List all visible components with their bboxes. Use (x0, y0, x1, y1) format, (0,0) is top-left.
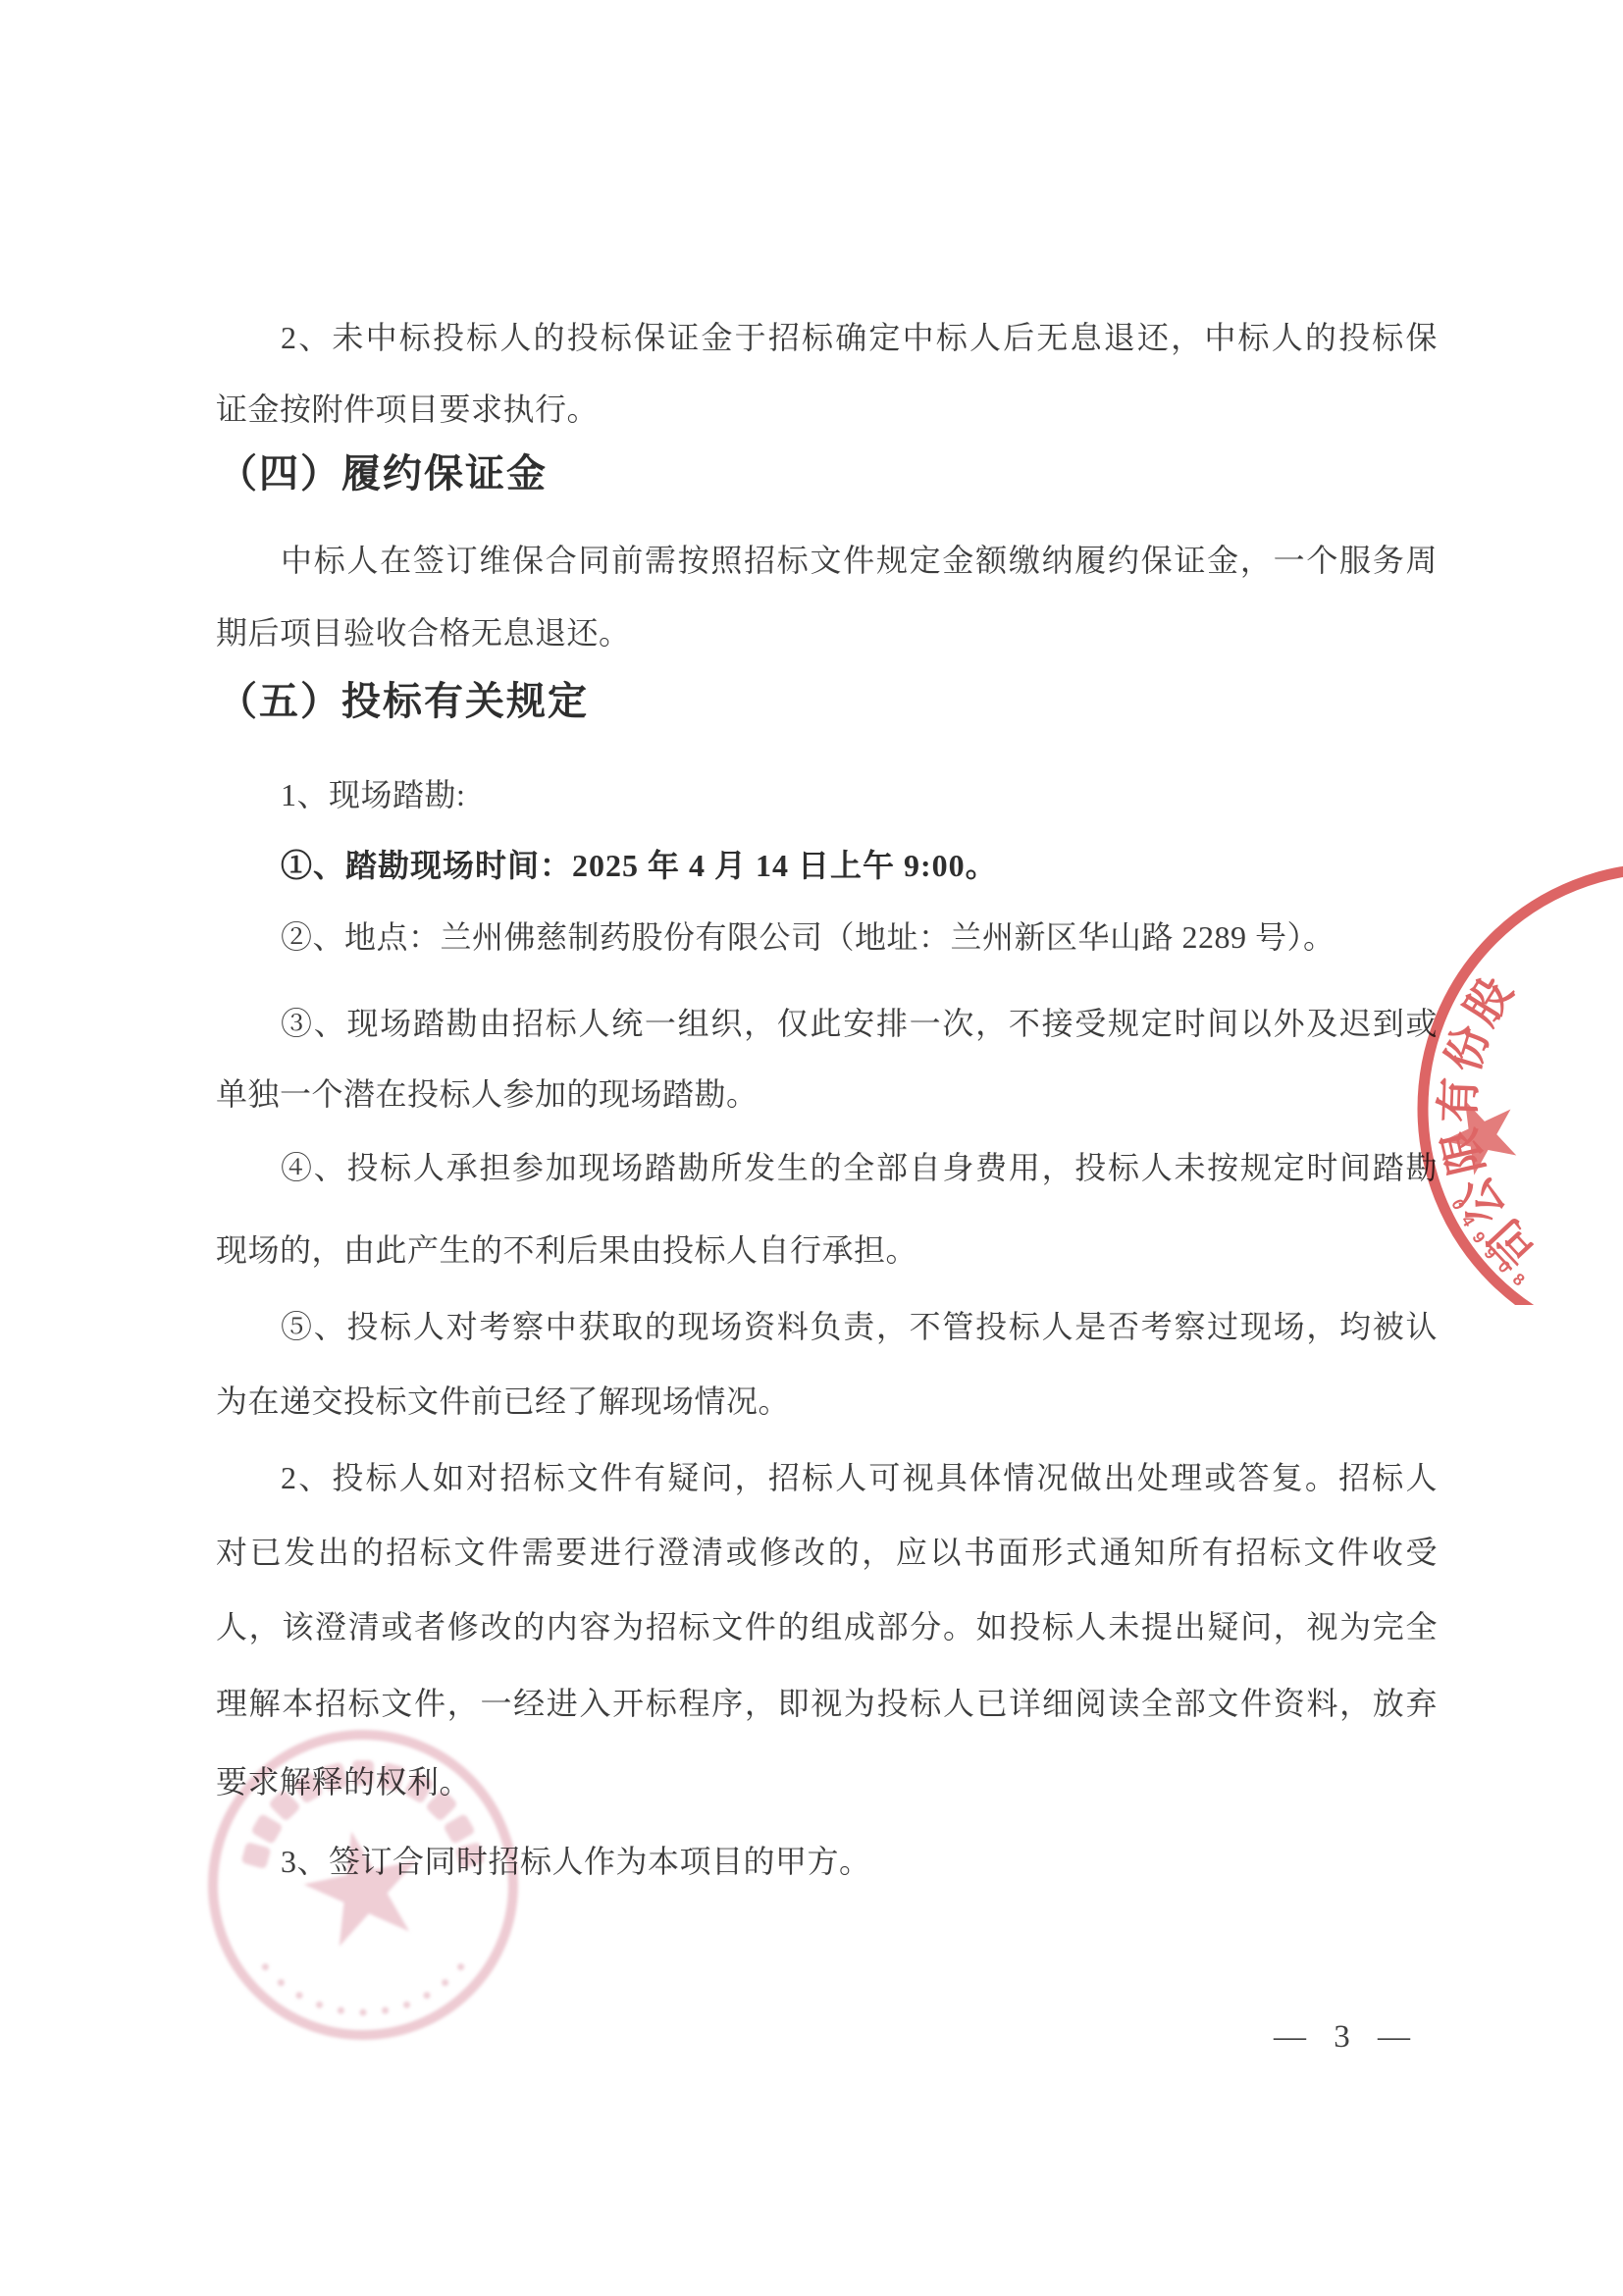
seal-ring (1423, 868, 1623, 1305)
svg-text:份: 份 (1437, 1019, 1498, 1077)
svg-text:公: 公 (1448, 1169, 1515, 1232)
svg-text:9: 9 (1480, 1244, 1500, 1264)
page-number: — 3 — (1274, 2019, 1412, 2056)
document-page: 2、未中标投标人的投标保证金于招标确定中标人后无息退还，中标人的投标保 证金按附… (0, 0, 1623, 2296)
para-performance-bond-line2: 期后项目验收合格无息退还。 (216, 615, 1438, 652)
seal-star-icon (1431, 1084, 1529, 1181)
item-2-clarification-line1: 2、投标人如对招标文件有疑问，招标人可视具体情况做出处理或答复。招标人 (216, 1460, 1438, 1496)
heading-section-4-performance-bond: （四）履约保证金 (218, 451, 548, 496)
para-performance-bond-line1: 中标人在签订维保合同前需按照招标文件规定金额缴纳履约保证金，一个服务周 (216, 543, 1438, 579)
heading-section-5-bid-rules: （五）投标有关规定 (218, 679, 589, 724)
svg-text:限: 限 (1434, 1124, 1493, 1180)
svg-text:4: 4 (1457, 1213, 1478, 1230)
item-circle5-line2: 为在递交投标文件前已经了解现场情况。 (216, 1383, 1438, 1420)
item-circle4-line2: 现场的，由此产生的不利后果由投标人自行承担。 (216, 1232, 1438, 1269)
item-circle5-line1: ⑤、投标人对考察中获取的现场资料负责，不管投标人是否考察过现场，均被认 (216, 1309, 1438, 1345)
item-circle3-line2: 单独一个潜在投标人参加的现场踏勘。 (216, 1076, 1438, 1113)
para-deposit-refund-line2: 证金按附件项目要求执行。 (216, 391, 1438, 428)
para-deposit-refund-line1: 2、未中标投标人的投标保证金于招标确定中标人后无息退还，中标人的投标保 (216, 320, 1438, 356)
item-circle1-survey-time: ①、踏勘现场时间：2025 年 4 月 14 日上午 9:00。 (216, 848, 1438, 884)
svg-text:股: 股 (1455, 968, 1522, 1034)
seal-arc-text: 股 份 有 限 公 司 (1432, 968, 1546, 1277)
item-circle2-survey-location: ②、地点：兰州佛慈制药股份有限公司（地址：兰州新区华山路 2289 号）。 (216, 919, 1438, 956)
svg-text:8: 8 (1509, 1270, 1528, 1290)
svg-text:0: 0 (1494, 1257, 1514, 1277)
item-2-clarification-line2: 对已发出的招标文件需要进行澄清或修改的，应以书面形式通知所有招标文件收受 (216, 1535, 1438, 1571)
item-3-party-a: 3、签订合同时招标人作为本项目的甲方。 (216, 1844, 1438, 1880)
item-2-clarification-line5: 要求解释的权利。 (216, 1764, 1438, 1800)
svg-text:司: 司 (1478, 1209, 1545, 1277)
item-2-clarification-line3: 人，该澄清或者修改的内容为招标文件的组成部分。如投标人未提出疑问，视为完全 (216, 1609, 1438, 1645)
item-2-clarification-line4: 理解本招标文件，一经进入开标程序，即视为投标人已详细阅读全部文件资料，放弃 (216, 1686, 1438, 1722)
item-1-site-survey: 1、现场踏勘: (216, 777, 1438, 813)
faint-seal-serial-dots (262, 1963, 464, 2015)
item-circle3-line1: ③、现场踏勘由招标人统一组织，仅此安排一次，不接受规定时间以外及迟到或 (216, 1006, 1438, 1042)
faint-seal-star-icon (294, 1819, 431, 1951)
seal-serial-number: 0 4 9 9 0 8 (1447, 1196, 1528, 1289)
item-circle4-line1: ④、投标人承担参加现场踏勘所发生的全部自身费用，投标人未按规定时间踏勘 (216, 1150, 1438, 1186)
svg-text:9: 9 (1468, 1228, 1489, 1247)
svg-text:有: 有 (1432, 1076, 1485, 1123)
svg-text:0: 0 (1447, 1196, 1468, 1213)
